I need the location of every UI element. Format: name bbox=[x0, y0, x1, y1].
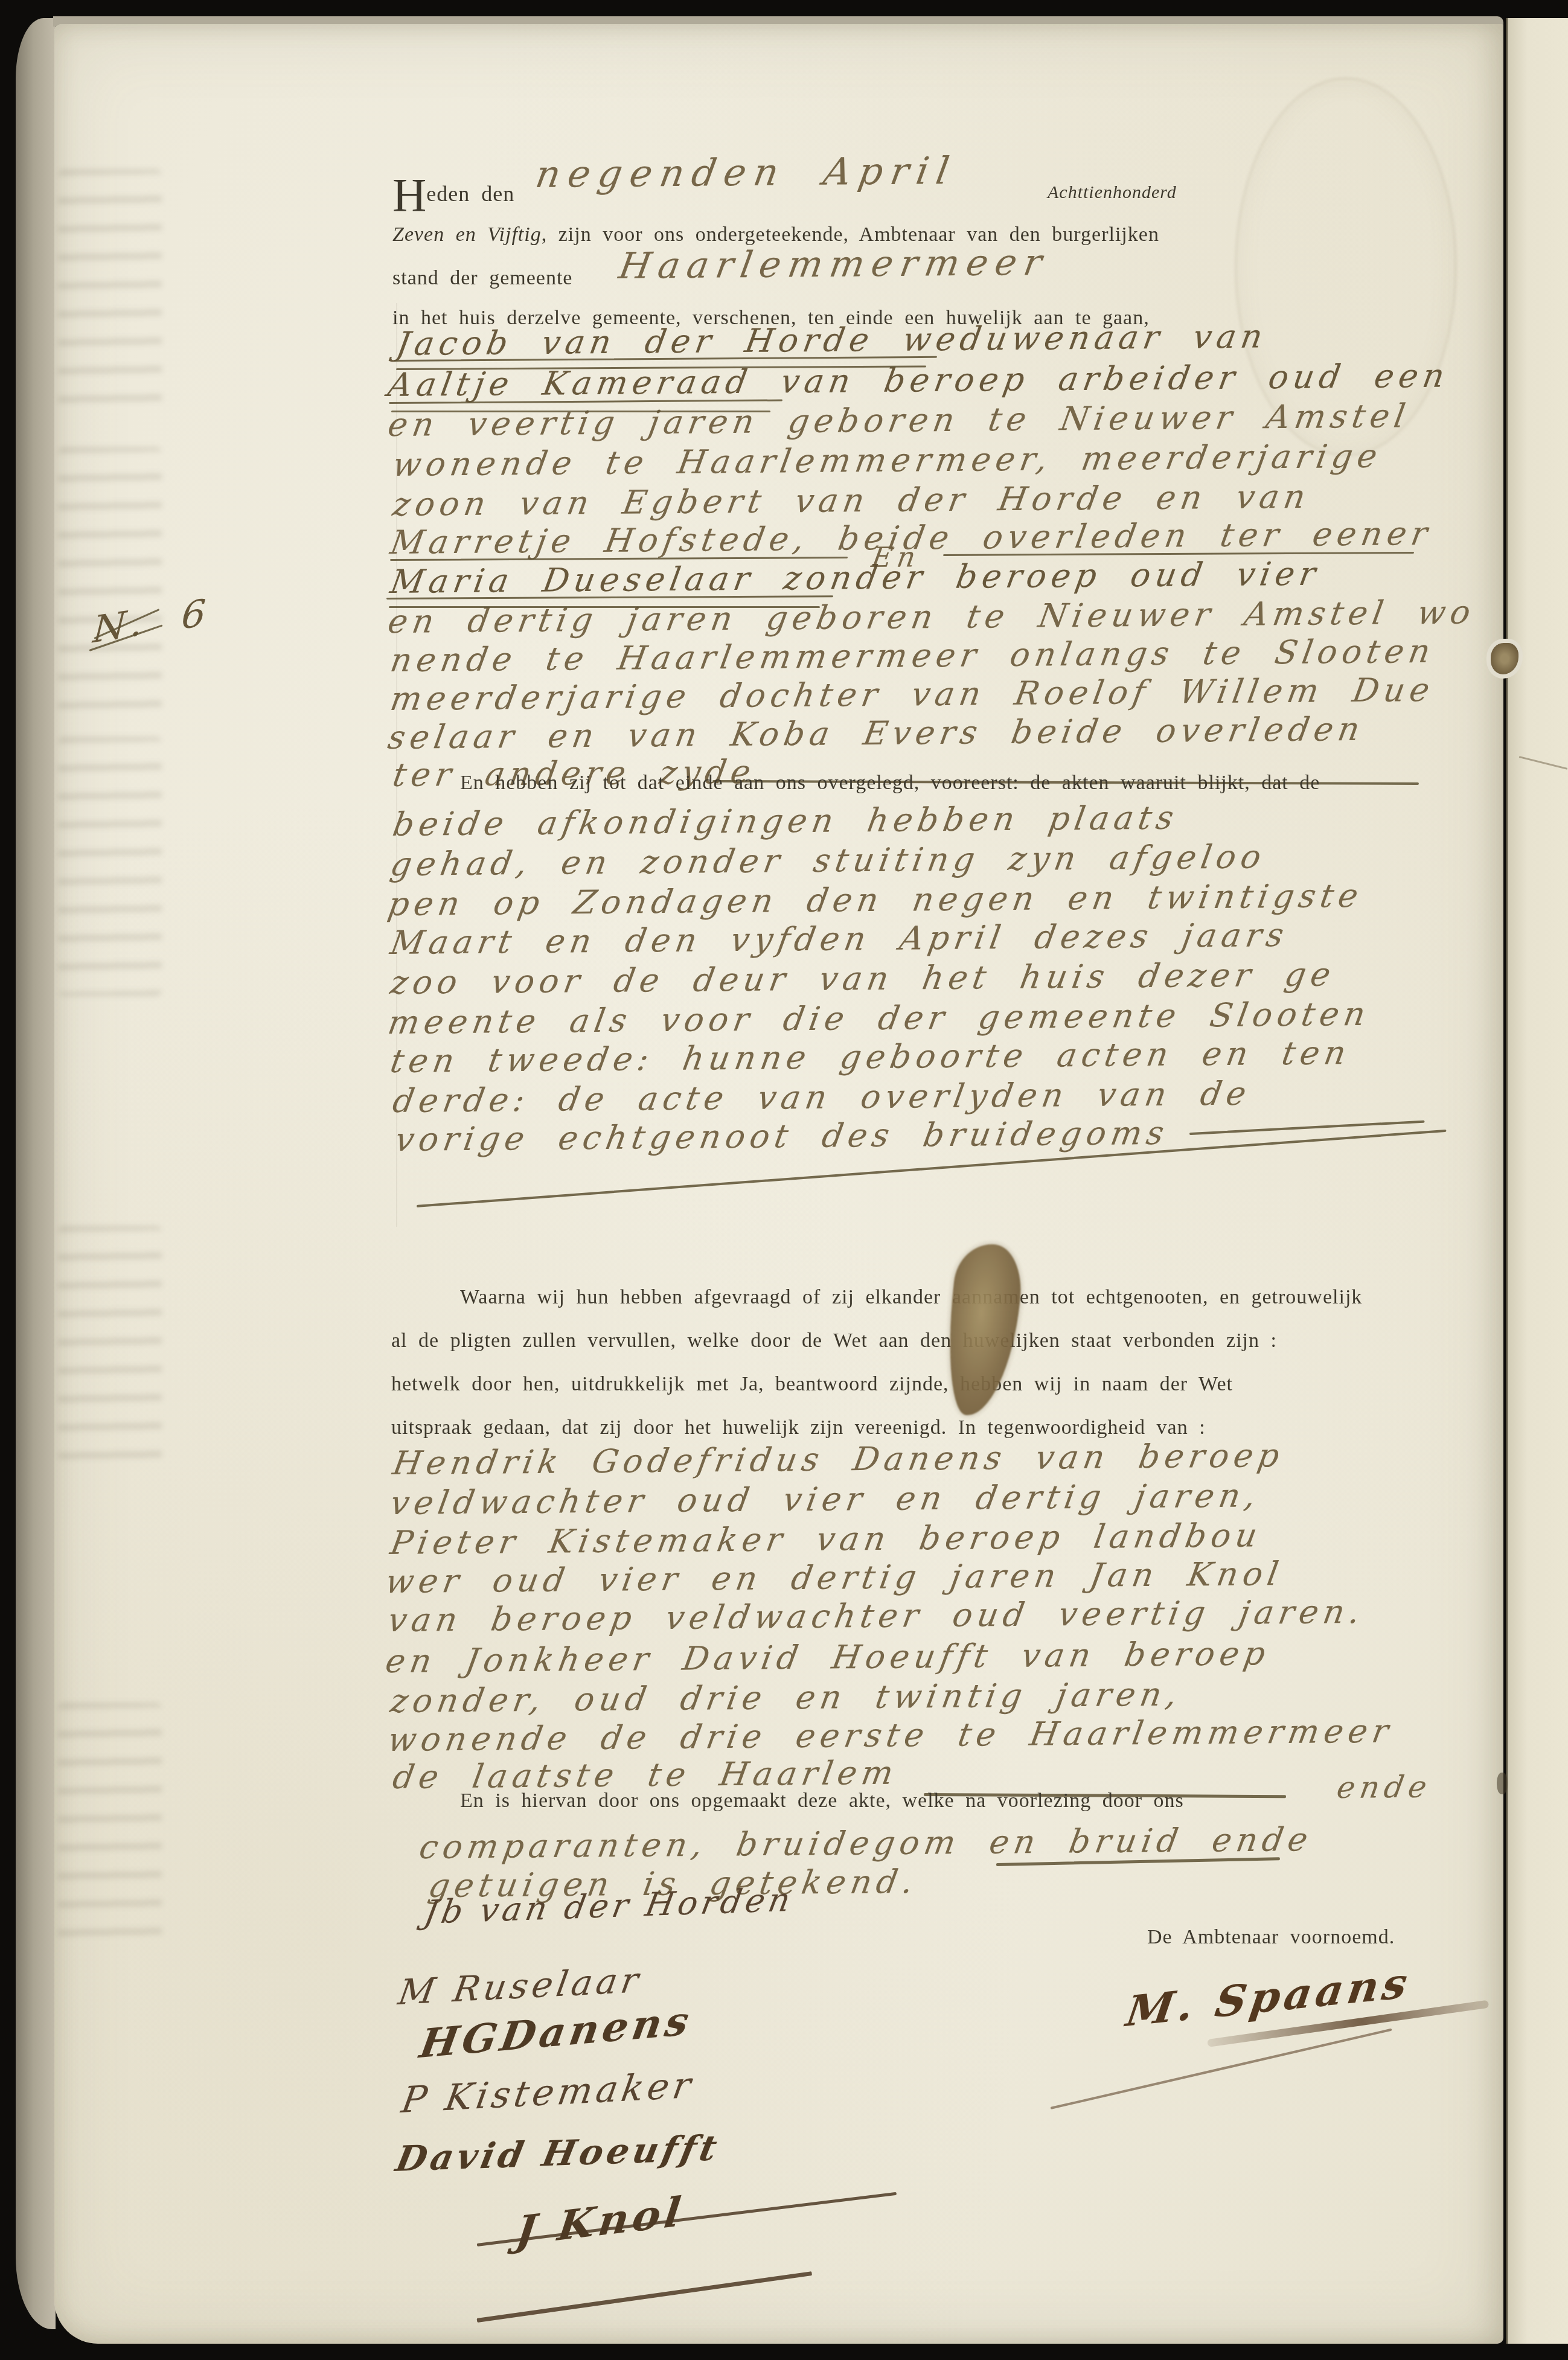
printed-waarna-line: uitspraak gedaan, dat zij door het huwel… bbox=[391, 1416, 1206, 1439]
hw-publications-line: zoo voor de deur van het huis dezer ge bbox=[388, 955, 1338, 1002]
printed-line-3: stand der gemeente bbox=[392, 267, 572, 290]
facing-page-edge bbox=[1506, 18, 1568, 2344]
hw-parties-line: Jacob van der Horde weduwenaar van bbox=[394, 317, 1270, 363]
hw-witness-line: van beroep veldwachter oud veertig jaren… bbox=[385, 1593, 1368, 1639]
hw-witness-line: zonder, oud drie en twintig jaren, bbox=[388, 1675, 1185, 1720]
hw-witness-line: Hendrik Godefridus Danens van beroep bbox=[390, 1436, 1287, 1482]
bleedthrough-ghost bbox=[58, 1226, 162, 1461]
handwritten-date: negenden April bbox=[533, 149, 960, 196]
signature-witness-hoeufft: David Hoeufft bbox=[392, 2127, 724, 2179]
line-2-rest: , zijn voor ons ondergeteekende, Ambtena… bbox=[542, 223, 1159, 246]
hw-parties-line: wonende te Haarlemmermeer, meerderjarige bbox=[390, 437, 1385, 484]
bleedthrough-ghost bbox=[58, 169, 162, 423]
printed-waarna-line: al de pligten zullen vervullen, welke do… bbox=[391, 1329, 1277, 1352]
opening-words: eden den bbox=[426, 182, 514, 206]
bleedthrough-ghost bbox=[58, 447, 162, 718]
printed-waarna-line: hetwelk door hen, uitdrukkelijk met Ja, … bbox=[391, 1373, 1233, 1396]
hw-witness-line: en Jonkheer David Hoeufft van beroep bbox=[383, 1634, 1273, 1680]
hw-publications-line: derde: de acte van overlyden van de bbox=[390, 1075, 1254, 1120]
hw-witness-line: wer oud vier en dertig jaren Jan Knol bbox=[383, 1555, 1286, 1601]
year-fraction-italic: Zeven en Vijftig bbox=[392, 223, 542, 246]
hw-closing-ende: ende bbox=[1334, 1770, 1434, 1805]
printed-year-word: Achttienhonderd bbox=[1048, 182, 1177, 203]
hw-parties-line: selaar en van Koba Evers beide overleden bbox=[385, 710, 1368, 756]
signature-official: M. Spaans bbox=[1123, 1957, 1414, 2036]
printed-opening-line: Heden den bbox=[392, 175, 514, 215]
hw-publications-line: ten tweede: hunne geboorte acten en ten bbox=[388, 1034, 1354, 1080]
fold-ink-mark bbox=[1497, 1773, 1508, 1794]
closing-stroke-publications bbox=[1189, 1121, 1425, 1135]
printed-akte-line: En is hiervan door ons opgemaakt deze ak… bbox=[460, 1789, 1184, 1812]
scanned-marriage-record: N. 6 Heden den negenden April Achttienho… bbox=[0, 0, 1568, 2360]
handwritten-municipality: Haarlemmermeer bbox=[616, 241, 1052, 287]
underline-bride-name bbox=[389, 606, 820, 608]
bleedthrough-ghost bbox=[58, 1703, 162, 1944]
bleedthrough-ghost bbox=[58, 737, 162, 996]
hw-witness-line: wonende de drie eerste te Haarlemmermeer bbox=[385, 1712, 1396, 1759]
hw-parties-line: en veertig jaren geboren te Nieuwer Amst… bbox=[385, 397, 1413, 444]
hw-witness-line: Pieter Kistemaker van beroep landbou bbox=[388, 1516, 1265, 1562]
printed-official-label: De Ambtenaar voornoemd. bbox=[1147, 1926, 1395, 1949]
hw-publications-line: beide afkondigingen hebben plaats bbox=[390, 799, 1182, 843]
hw-witness-line: veldwachter oud vier en dertig jaren, bbox=[388, 1476, 1263, 1522]
hw-publications-line: Maart en den vyfden April dezes jaars bbox=[388, 916, 1291, 962]
hw-publications-line: vorige echtgenoot des bruidegoms bbox=[392, 1114, 1171, 1159]
signature-witness-kistemaker: P Kistemaker bbox=[398, 2064, 697, 2122]
underline-late-wife-name bbox=[391, 411, 770, 412]
printed-waarna-line: Waarna wij hun hebben afgevraagd of zij … bbox=[460, 1286, 1362, 1309]
drop-cap-H: H bbox=[392, 168, 426, 221]
hw-parties-line: Maria Dueselaar zonder beroep oud vier bbox=[388, 555, 1323, 601]
knol-flourish-lower bbox=[477, 2271, 813, 2323]
underlying-page-edge-left bbox=[16, 18, 56, 2329]
hw-publications-line: gehad, en zonder stuiting zyn afgeloo bbox=[388, 837, 1269, 883]
record-page: N. 6 Heden den negenden April Achttienho… bbox=[54, 24, 1503, 2344]
printed-overgelegd-line: En hebben zij tot dat einde aan ons over… bbox=[460, 772, 1320, 795]
